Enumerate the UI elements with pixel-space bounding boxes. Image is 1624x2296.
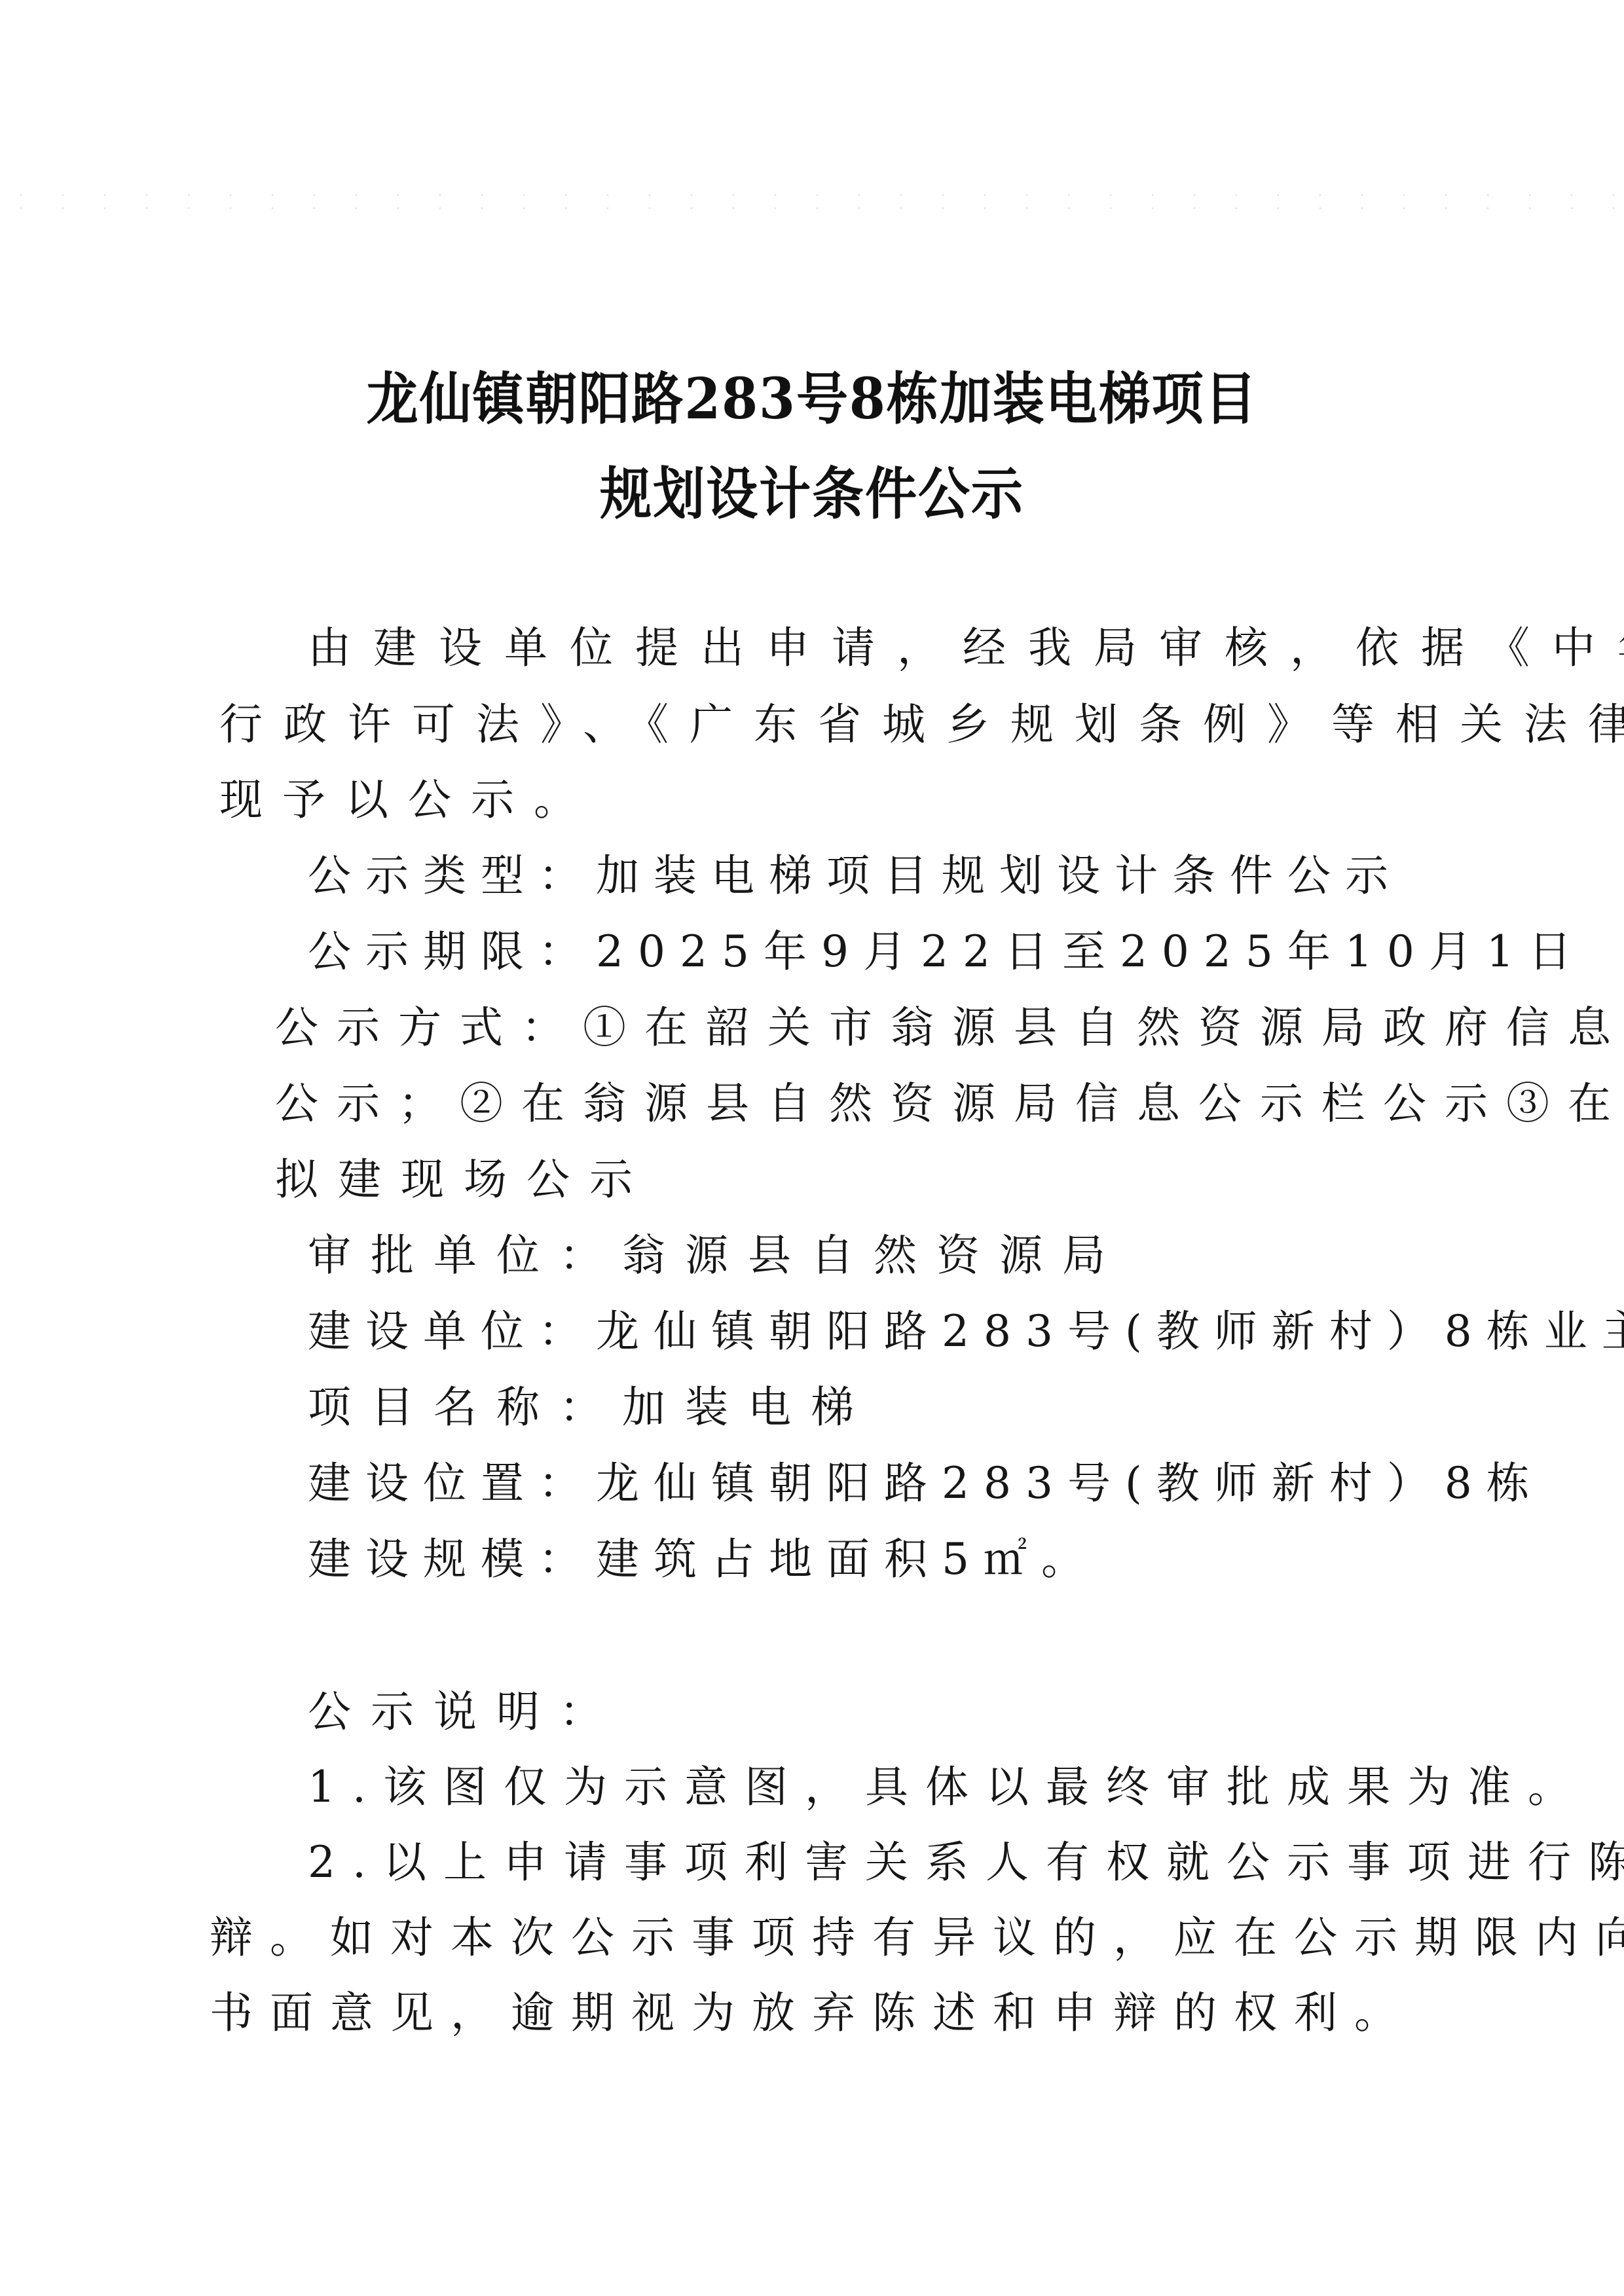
notes-item-2-line3: 书面意见，逾期视为放弃陈述和申辩的权利。 <box>210 1987 1414 2039</box>
intro-paragraph-line2: 行政许可法》、《广东省城乡规划条例》等相关法律法规及规定， <box>219 699 1624 751</box>
notes-item-2-line2: 辩。如对本次公示事项持有异议的，应在公示期限内向我局提出 <box>210 1912 1624 1964</box>
notes-heading: 公示说明： <box>308 1686 622 1738</box>
field-approval-unit: 审批单位：翁源县自然资源局 <box>308 1230 1125 1282</box>
document-page: 龙仙镇朝阳路283号8栋加装电梯项目 规划设计条件公示 由建设单位提出申请，经我… <box>0 0 1624 2296</box>
field-construction-unit: 建设单位：龙仙镇朝阳路283号(教师新村）8栋业主 <box>308 1305 1624 1358</box>
scan-artifact-dots <box>0 189 1624 215</box>
field-project-name: 项目名称：加装电梯 <box>308 1381 874 1434</box>
notes-item-2-line1: 2.以上申请事项利害关系人有权就公示事项进行陈述和申 <box>308 1836 1624 1889</box>
document-title-line2: 规划设计条件公示 <box>65 462 1559 527</box>
field-construction-scale: 建设规模：建筑占地面积5㎡。 <box>308 1533 1099 1586</box>
field-notice-method-line3: 拟建现场公示 <box>275 1154 652 1206</box>
field-notice-type: 公示类型：加装电梯项目规划设计条件公示 <box>308 850 1403 902</box>
field-notice-method-line1: 公示方式：①在韶关市翁源县自然资源局政府信息公开平台 <box>275 1002 1624 1054</box>
intro-paragraph-line1: 由建设单位提出申请，经我局审核，依据《中华人民共和国 <box>308 622 1624 674</box>
intro-paragraph-line3: 现予以公示。 <box>219 774 597 826</box>
document-title-line1: 龙仙镇朝阳路283号8栋加装电梯项目 <box>65 367 1559 432</box>
notes-item-1: 1.该图仅为示意图，具体以最终审批成果为准。 <box>308 1761 1588 1813</box>
field-notice-method-line2: 公示；②在翁源县自然资源局信息公示栏公示③在建设项目 <box>275 1078 1624 1130</box>
field-construction-location: 建设位置：龙仙镇朝阳路283号(教师新村）8栋 <box>308 1457 1544 1510</box>
field-notice-period: 公示期限：2025年9月22日至2025年10月1日 <box>308 926 1586 978</box>
